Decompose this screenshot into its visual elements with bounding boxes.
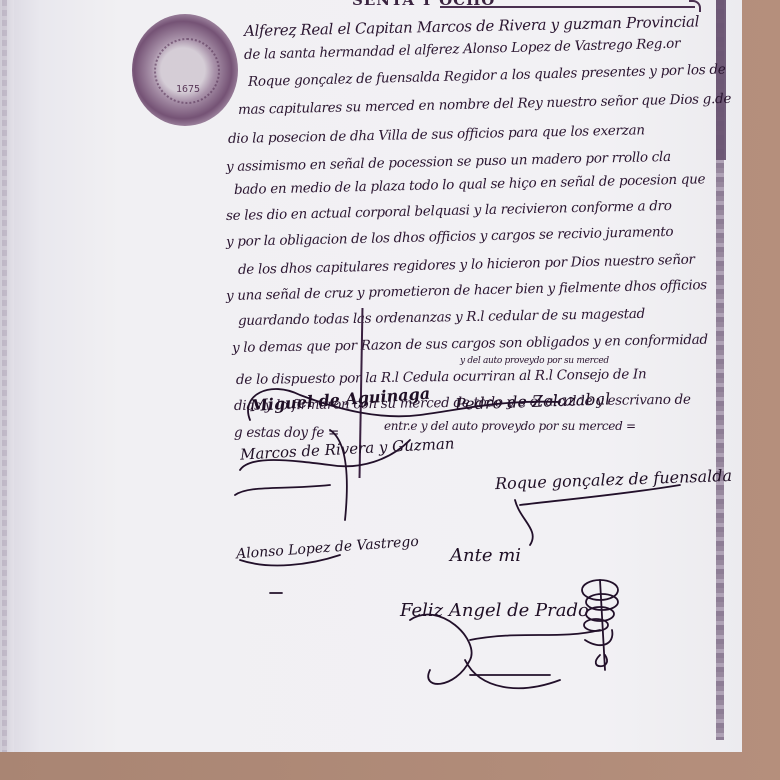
right-margin-shadow-top xyxy=(716,0,726,160)
signature-ante-mi: Ante mi xyxy=(450,545,521,566)
binding-shadow xyxy=(2,0,7,752)
document-page: SENTA Y OCHO 1675 Alfereȥ Real el Capita… xyxy=(0,0,742,752)
text-line: Roque gonçalez de fuensalda Regidor a lo… xyxy=(248,62,726,90)
seal-stamp-icon: 1675 xyxy=(132,14,238,126)
signature-zolazabal: Pedro de Zolazabal xyxy=(455,389,611,413)
text-line: se les dio en actual corporal belquasi y… xyxy=(226,198,672,224)
text-line: guardando todas las ordenanzas y R.l ced… xyxy=(238,306,645,329)
text-line: de los dhos capitulares regidores y lo h… xyxy=(238,252,695,278)
text-line: g estas doy fe = xyxy=(234,425,339,441)
header-rule xyxy=(440,6,695,8)
text-line: y una señal de cruz y prometieron de hac… xyxy=(226,277,707,304)
text-line: y lo demas que por Razon de sus cargos s… xyxy=(232,332,708,356)
text-line: bado en medio de la plaza todo lo qual s… xyxy=(234,171,706,198)
seal-year: 1675 xyxy=(176,84,200,95)
signature-gonzalez: Roque gonçalez de fuensalda xyxy=(495,466,733,493)
margin-note: entr.e y del auto proveydo por su merced… xyxy=(384,419,636,433)
text-line: de la santa hermandad el alferez Alonso … xyxy=(244,36,681,63)
signature-lopez: Alonso Lopez de Vastrego xyxy=(236,534,420,563)
interlinear-note: y del auto proveydo por su merced xyxy=(460,356,609,366)
text-line: dio la posecion de dha Villa de sus offi… xyxy=(228,122,645,147)
text-line: y assimismo en señal de pocession se pus… xyxy=(226,149,671,175)
signature-prado: Feliz Angel de Prado xyxy=(400,600,589,621)
text-line: mas capitulares su merced en nombre del … xyxy=(238,91,731,118)
text-line: de lo dispuesto por la R.l Cedula ocurri… xyxy=(236,366,647,388)
text-line: y por la obligacion de los dhos officios… xyxy=(226,224,674,250)
